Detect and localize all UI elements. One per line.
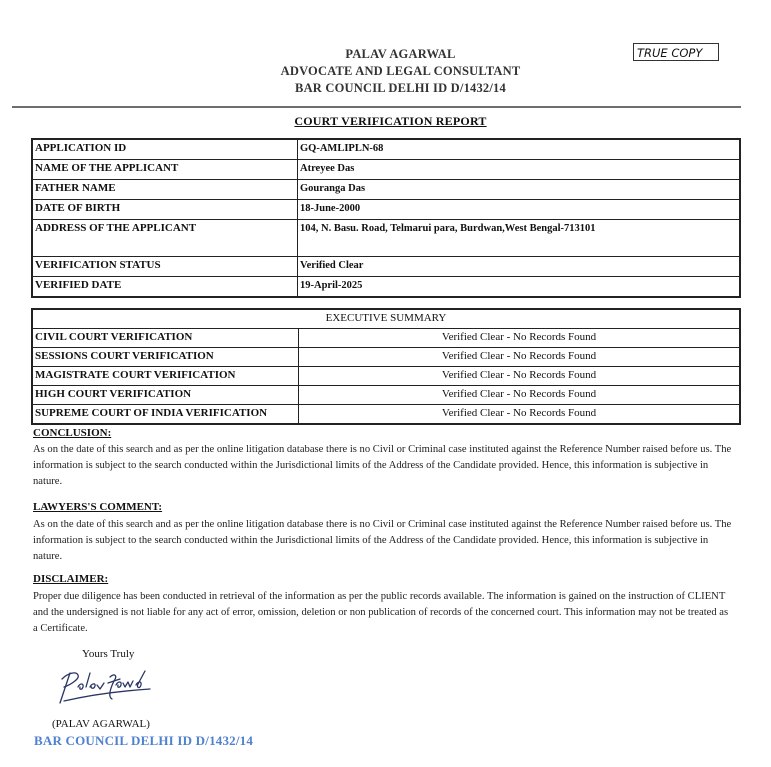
row-value: Gouranga Das	[298, 180, 741, 200]
row-label: NAME OF THE APPLICANT	[32, 160, 298, 180]
row-value: Atreyee Das	[298, 160, 741, 180]
table-row: FATHER NAME Gouranga Das	[32, 180, 740, 200]
row-value: Verified Clear - No Records Found	[299, 348, 741, 367]
footer-bar-council-id: BAR COUNCIL DELHI ID D/1432/14	[34, 733, 253, 749]
executive-summary-table: EXECUTIVE SUMMARY CIVIL COURT VERIFICATI…	[31, 308, 741, 425]
table-row: CIVIL COURT VERIFICATION Verified Clear …	[32, 329, 740, 348]
conclusion-text: As on the date of this search and as per…	[33, 442, 733, 490]
row-value: Verified Clear	[298, 257, 741, 277]
row-label: FATHER NAME	[32, 180, 298, 200]
row-label: CIVIL COURT VERIFICATION	[32, 329, 299, 348]
table-row: APPLICATION ID GQ-AMLIPLN-68	[32, 139, 740, 160]
row-value: Verified Clear - No Records Found	[299, 405, 741, 425]
row-value: Verified Clear - No Records Found	[299, 367, 741, 386]
row-value: GQ-AMLIPLN-68	[298, 139, 741, 160]
row-value: Verified Clear - No Records Found	[299, 329, 741, 348]
advocate-designation: ADVOCATE AND LEGAL CONSULTANT	[15, 64, 771, 79]
summary-title: EXECUTIVE SUMMARY	[32, 309, 740, 329]
row-label: DATE OF BIRTH	[32, 200, 298, 220]
salutation: Yours Truly	[82, 648, 134, 660]
summary-header-row: EXECUTIVE SUMMARY	[32, 309, 740, 329]
table-row: DATE OF BIRTH 18-June-2000	[32, 200, 740, 220]
disclaimer-text: Proper due diligence has been conducted …	[33, 589, 733, 637]
row-label: SUPREME COURT OF INDIA VERIFICATION	[32, 405, 299, 425]
header-divider	[12, 106, 741, 108]
bar-council-id: BAR COUNCIL DELHI ID D/1432/14	[15, 81, 771, 96]
table-row: VERIFICATION STATUS Verified Clear	[32, 257, 740, 277]
lawyers-comment-heading: LAWYERS'S COMMENT:	[33, 501, 162, 513]
table-row: NAME OF THE APPLICANT Atreyee Das	[32, 160, 740, 180]
row-label: VERIFIED DATE	[32, 277, 298, 298]
table-row: HIGH COURT VERIFICATION Verified Clear -…	[32, 386, 740, 405]
report-title: COURT VERIFICATION REPORT	[0, 114, 771, 129]
row-label: APPLICATION ID	[32, 139, 298, 160]
row-label: MAGISTRATE COURT VERIFICATION	[32, 367, 299, 386]
table-row: SUPREME COURT OF INDIA VERIFICATION Veri…	[32, 405, 740, 425]
signatory-name: (PALAV AGARWAL)	[52, 718, 150, 730]
conclusion-heading: CONCLUSION:	[33, 427, 111, 439]
row-value: 18-June-2000	[298, 200, 741, 220]
row-label: VERIFICATION STATUS	[32, 257, 298, 277]
signature-icon	[50, 665, 160, 710]
true-copy-stamp: TRUE COPY	[633, 43, 719, 61]
applicant-info-table: APPLICATION ID GQ-AMLIPLN-68 NAME OF THE…	[31, 138, 741, 298]
table-row: ADDRESS OF THE APPLICANT 104, N. Basu. R…	[32, 220, 740, 257]
row-value: Verified Clear - No Records Found	[299, 386, 741, 405]
disclaimer-heading: DISCLAIMER:	[33, 573, 108, 585]
row-label: SESSIONS COURT VERIFICATION	[32, 348, 299, 367]
row-label: ADDRESS OF THE APPLICANT	[32, 220, 298, 257]
table-row: VERIFIED DATE 19-April-2025	[32, 277, 740, 298]
table-row: SESSIONS COURT VERIFICATION Verified Cle…	[32, 348, 740, 367]
row-label: HIGH COURT VERIFICATION	[32, 386, 299, 405]
table-row: MAGISTRATE COURT VERIFICATION Verified C…	[32, 367, 740, 386]
lawyers-comment-text: As on the date of this search and as per…	[33, 517, 733, 565]
row-value: 104, N. Basu. Road, Telmarui para, Burdw…	[298, 220, 741, 257]
row-value: 19-April-2025	[298, 277, 741, 298]
